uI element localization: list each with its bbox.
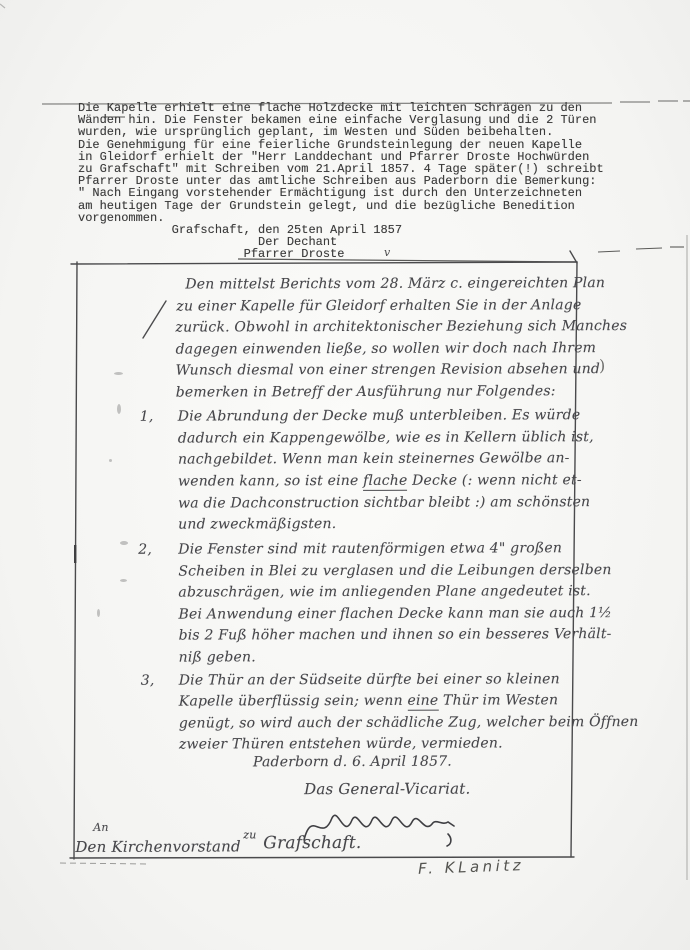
letter-line: Kapelle überflüssig sein; wenn eine Thür… bbox=[179, 692, 558, 709]
letter-text-segment: Kapelle überflüssig sein; wenn bbox=[179, 693, 408, 710]
item-number: 1, bbox=[140, 409, 154, 425]
scanned-letter-page: Die Kapelle erhielt eine flache Holzdeck… bbox=[0, 0, 690, 950]
address-recipient: Den Kirchenvorstand bbox=[75, 837, 241, 856]
letter-text-segment: Decke (: wenn nicht et- bbox=[407, 472, 581, 489]
address-zu: zu bbox=[243, 828, 256, 841]
underlined-word: flache bbox=[363, 473, 407, 491]
letter-line: zurück. Obwohl in architektonischer Bezi… bbox=[175, 318, 627, 336]
letter-line: genügt, so wird auch der schädliche Zug,… bbox=[179, 714, 639, 732]
letter-line: nachgebildet. Wenn man kein steinernes G… bbox=[178, 450, 570, 467]
smudge-mark bbox=[120, 579, 127, 582]
letter-line: Bei Anwendung einer flachen Decke kann m… bbox=[178, 605, 612, 623]
letter-dateline: Paderborn d. 6. April 1857. bbox=[253, 754, 452, 771]
letter-text-segment: wenden kann, so ist eine bbox=[178, 473, 363, 490]
letter-line: wa die Dachconstruction sichtbar bleibt … bbox=[178, 494, 590, 511]
smudge-mark bbox=[120, 541, 128, 545]
letter-line: Wunsch diesmal von einer strengen Revisi… bbox=[176, 361, 601, 378]
item-number: 3, bbox=[141, 673, 155, 689]
smudge-mark bbox=[117, 404, 121, 414]
smudge-mark bbox=[114, 372, 123, 375]
letter-line: Die Thür an der Südseite dürfte bei eine… bbox=[179, 671, 560, 688]
letter-line: zu einer Kapelle für Gleidorf erhalten S… bbox=[176, 297, 581, 314]
address-place: Grafschaft. bbox=[263, 833, 361, 853]
smudge-mark bbox=[109, 459, 112, 462]
underlined-word: eine bbox=[407, 693, 438, 711]
letter-line: niß geben. bbox=[179, 649, 256, 665]
letter-line: Die Abrundung der Decke muß unterbleiben… bbox=[178, 407, 581, 424]
letter-line: dagegen einwenden ließe, so wollen wir d… bbox=[176, 340, 597, 357]
letter-line: wenden kann, so ist eine flache Decke (:… bbox=[178, 472, 582, 489]
smudge-mark bbox=[97, 609, 100, 617]
letter-line: Scheiben in Blei zu verglasen und die Le… bbox=[178, 562, 611, 580]
letter-line: zweier Thüren entstehen würde, vermieden… bbox=[179, 735, 503, 752]
item-number: 2, bbox=[138, 542, 152, 558]
handwritten-letter: Den mittelst Berichts vom 28. März c. ei… bbox=[0, 0, 690, 950]
letter-line: dadurch ein Kappengewölbe, wie es in Kel… bbox=[178, 429, 594, 446]
letter-line: bis 2 Fuß höher machen und ihnen so ein … bbox=[179, 626, 612, 644]
address-an: An bbox=[93, 821, 108, 834]
letter-text-segment: Thür im Westen bbox=[438, 692, 558, 708]
pencil-name-note: F. KLanitz bbox=[418, 856, 525, 878]
letter-line: Den mittelst Berichts vom 28. März c. ei… bbox=[185, 275, 605, 292]
margin-paren-mark: ) bbox=[599, 356, 605, 375]
letter-line: und zweckmäßigsten. bbox=[178, 516, 336, 533]
letter-sender: Das General-Vicariat. bbox=[304, 780, 470, 799]
letter-line: bemerken in Betreff der Ausführung nur F… bbox=[176, 383, 556, 400]
letter-line: Die Fenster sind mit rautenförmigen etwa… bbox=[178, 540, 562, 557]
letter-line: abzuschrägen, wie im anliegenden Plane a… bbox=[178, 583, 590, 600]
